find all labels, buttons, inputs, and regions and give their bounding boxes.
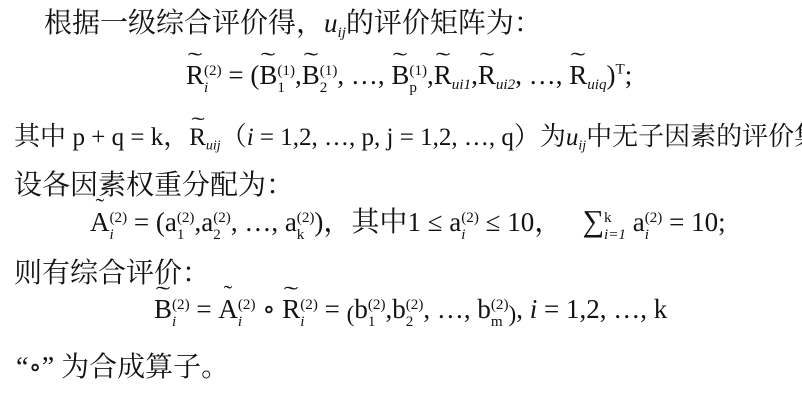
paragraph-weights-lead: 设各因素权重分配为： xyxy=(14,168,294,204)
formula-comprehensive-evaluation: B˜(2)i = A˜(2)i ∘ R˜(2)i = (b(2)1,b(2)2,… xyxy=(154,292,667,329)
paragraph-operator-note: “∘” 为合成算子。 xyxy=(16,350,229,386)
paragraph-result-lead: 则有综合评价： xyxy=(14,256,210,292)
formula-evaluation-matrix: R˜(2)i = (B˜(1)1,B˜(1)2, …, B˜(1)p,R˜ui1… xyxy=(186,58,632,95)
paragraph-intro: 根据一级综合评价得，uij的评价矩阵为： xyxy=(44,6,542,43)
formula-weight-vector: A˜(2)i = (a(2)1,a(2)2, …, a(2)k)，其中1 ≤ a… xyxy=(90,202,726,242)
document-page: 根据一级综合评价得，uij的评价矩阵为： R˜(2)i = (B˜(1)1,B˜… xyxy=(0,0,802,401)
paragraph-definitions: 其中 p + q = k，R˜uij（i = 1,2, …, p, j = 1,… xyxy=(14,120,802,156)
